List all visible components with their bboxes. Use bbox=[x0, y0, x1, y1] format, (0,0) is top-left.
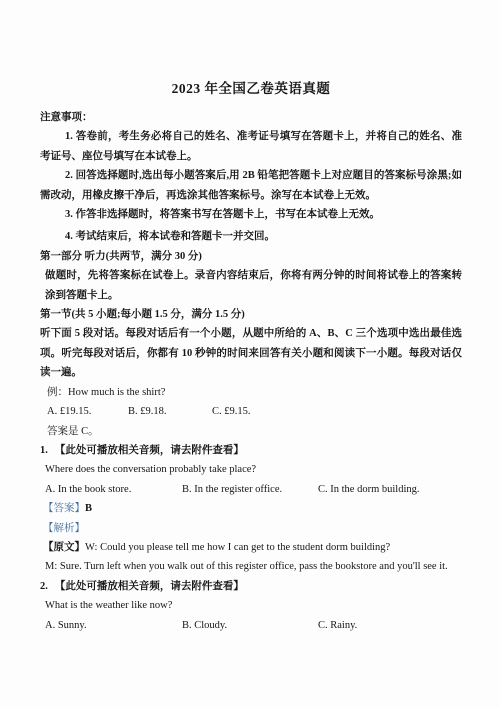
example-label: 例： bbox=[47, 387, 68, 398]
example-answer-note: 答案是 C。 bbox=[40, 422, 462, 441]
question-1-transcript-w: W: Could you please tell me how I can ge… bbox=[85, 542, 390, 553]
notice-item-1: 1. 答卷前，考生务必将自己的姓名、准考证号填写在答题卡上，并将自己的姓名、准考… bbox=[40, 127, 462, 166]
question-1-transcript-line-w: 【原文】W: Could you please tell me how I ca… bbox=[40, 538, 462, 557]
answer-transfer-note: 做题时，先将答案标在试卷上。录音内容结束后，你将有两分钟的时间将试卷上的答案转涂… bbox=[40, 266, 462, 305]
question-2-option-b: B. Cloudy. bbox=[182, 616, 318, 635]
question-1-audio-placeholder: 【此处可播放相关音频，请去附件查看】 bbox=[55, 445, 244, 456]
transcript-label: 【原文】 bbox=[43, 542, 85, 553]
question-1-answer-value: B bbox=[85, 503, 92, 514]
question-2-options-row: A. Sunny. B. Cloudy. C. Rainy. bbox=[40, 616, 462, 635]
example-options-row: A. £19.15. B. £9.18. C. £9.15. bbox=[40, 402, 462, 421]
answer-label: 【答案】 bbox=[43, 503, 85, 514]
exam-document-page: 2023 年全国乙卷英语真题 注意事项： 1. 答卷前，考生务必将自己的姓名、准… bbox=[0, 0, 500, 707]
question-1-option-a: A. In the book store. bbox=[45, 480, 182, 499]
part1-heading: 第一部分 听力(共两节，满分 30 分) bbox=[40, 247, 462, 266]
question-1-options-row: A. In the book store. B. In the register… bbox=[40, 480, 462, 499]
analysis-label: 【解析】 bbox=[43, 523, 85, 534]
question-1-answer-line: 【答案】B bbox=[40, 499, 462, 518]
question-2-option-a: A. Sunny. bbox=[45, 616, 182, 635]
question-1-option-c: C. In the dorm building. bbox=[318, 480, 462, 499]
notice-item-3: 3. 作答非选择题时，将答案书写在答题卡上，书写在本试卷上无效。 bbox=[40, 205, 462, 224]
section1-heading: 第一节(共 5 小题;每小题 1.5 分，满分 1.5 分) bbox=[40, 305, 462, 324]
question-1-text: Where does the conversation probably tak… bbox=[40, 460, 462, 479]
question-1-option-b: B. In the register office. bbox=[182, 480, 318, 499]
notice-item-4: 4. 考试结束后，将本试卷和答题卡一并交回。 bbox=[40, 227, 462, 246]
example-option-c: C. £9.15. bbox=[212, 402, 462, 421]
question-2-number: 2. bbox=[40, 581, 48, 592]
question-2-text: What is the weather like now? bbox=[40, 596, 462, 615]
question-2-option-c: C. Rainy. bbox=[318, 616, 462, 635]
question-1-number: 1. bbox=[40, 445, 48, 456]
section1-instruction: 听下面 5 段对话。每段对话后有一个小题，从题中所给的 A、B、C 三个选项中选… bbox=[40, 324, 462, 382]
question-1-audio-line: 1.【此处可播放相关音频，请去附件查看】 bbox=[40, 441, 462, 460]
question-2-audio-line: 2.【此处可播放相关音频，请去附件查看】 bbox=[40, 577, 462, 596]
question-1-transcript-line-m: M: Sure. Turn left when you walk out of … bbox=[40, 557, 462, 576]
example-option-b: B. £9.18. bbox=[128, 402, 212, 421]
question-2-audio-placeholder: 【此处可播放相关音频，请去附件查看】 bbox=[55, 581, 244, 592]
example-option-a: A. £19.15. bbox=[47, 402, 128, 421]
example-question-text: How much is the shirt? bbox=[68, 387, 165, 398]
document-title: 2023 年全国乙卷英语真题 bbox=[40, 80, 462, 97]
question-1-analysis-line: 【解析】 bbox=[40, 519, 462, 538]
notice-item-2: 2. 回答选择题时,选出每小题答案后,用 2B 铅笔把答题卡上对应题目的答案标号… bbox=[40, 166, 462, 205]
notice-heading: 注意事项： bbox=[40, 108, 462, 127]
example-question-line: 例：How much is the shirt? bbox=[40, 383, 462, 402]
